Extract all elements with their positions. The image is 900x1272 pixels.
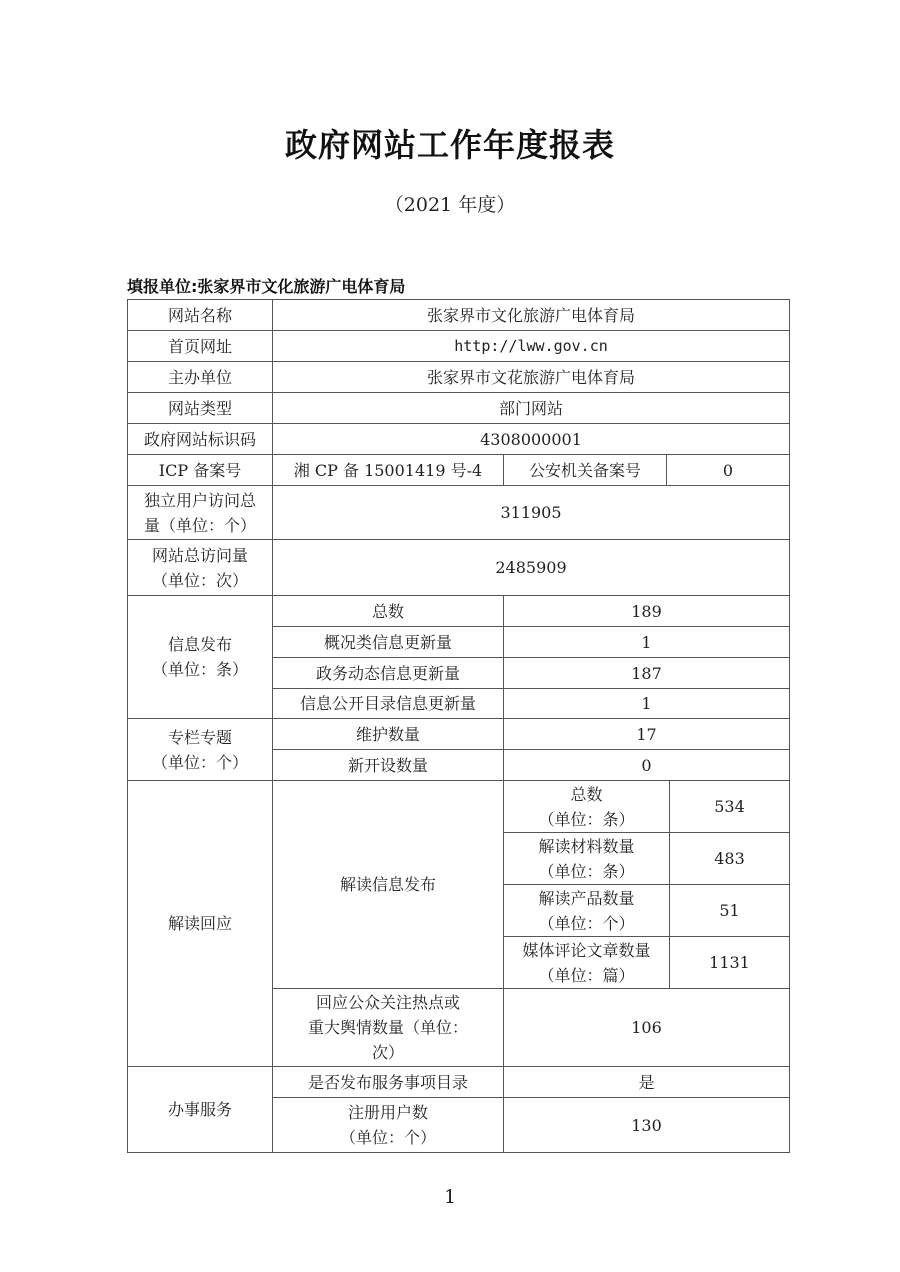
total-visits-label: 网站总访问量 （单位：次） (127, 539, 273, 596)
icp-label: ICP 备案号 (127, 454, 273, 486)
report-title: 政府网站工作年度报表 (0, 120, 900, 166)
interpretation-row-value: 51 (669, 884, 790, 937)
site-type-label: 网站类型 (127, 392, 273, 424)
info-publish-row-value: 189 (503, 595, 790, 627)
interpretation-row-label: 媒体评论文章数量 （单位：篇） (503, 936, 670, 989)
site-name-value: 张家界市文化旅游广电体育局 (272, 299, 790, 331)
columns-row-label: 新开设数量 (272, 749, 504, 781)
site-type-value: 部门网站 (272, 392, 790, 424)
info-publish-row-label: 政务动态信息更新量 (272, 657, 504, 689)
info-publish-row-value: 1 (503, 626, 790, 658)
site-name-label: 网站名称 (127, 299, 273, 331)
site-code-label: 政府网站标识码 (127, 423, 273, 455)
info-publish-row-label: 信息公开目录信息更新量 (272, 688, 504, 719)
homepage-label: 首页网址 (127, 330, 273, 362)
columns-label: 专栏专题 （单位：个） (127, 718, 273, 781)
sponsor-value: 张家界市文花旅游广电体育局 (272, 361, 790, 393)
interpretation-row-label: 解读材料数量 （单位：条） (503, 832, 670, 885)
sponsor-label: 主办单位 (127, 361, 273, 393)
interpretation-row-value: 534 (669, 780, 790, 833)
info-publish-row-value: 187 (503, 657, 790, 689)
police-value: 0 (666, 454, 790, 486)
reporting-unit: 填报单位:张家界市文化旅游广电体育局 (127, 274, 405, 297)
response-label: 回应公众关注热点或 重大舆情数量（单位： 次） (272, 988, 504, 1067)
columns-row-value: 0 (503, 749, 790, 781)
page-number: 1 (0, 1186, 900, 1208)
unique-users-value: 311905 (272, 485, 790, 540)
columns-row-value: 17 (503, 718, 790, 750)
columns-row-label: 维护数量 (272, 718, 504, 750)
services-row-label: 是否发布服务事项目录 (272, 1066, 504, 1098)
info-publish-row-label: 总数 (272, 595, 504, 627)
total-visits-value: 2485909 (272, 539, 790, 596)
interpretation-row-label: 总数 （单位：条） (503, 780, 670, 833)
info-publish-label: 信息发布 （单位：条） (127, 595, 273, 719)
interpretation-row-value: 483 (669, 832, 790, 885)
info-publish-row-label: 概况类信息更新量 (272, 626, 504, 658)
homepage-value: http://lww.gov.cn (272, 330, 790, 362)
site-code-value: 4308000001 (272, 423, 790, 455)
services-row-value: 是 (503, 1066, 790, 1098)
interpretation-row-value: 1131 (669, 936, 790, 989)
interpretation-label: 解读回应 (127, 780, 273, 1067)
services-label: 办事服务 (127, 1066, 273, 1153)
response-value: 106 (503, 988, 790, 1067)
interpretation-sub-label: 解读信息发布 (272, 780, 504, 989)
services-row-value: 130 (503, 1097, 790, 1153)
report-year: （2021 年度） (0, 190, 900, 217)
icp-value: 湘 CP 备 15001419 号-4 (272, 454, 504, 486)
police-label: 公安机关备案号 (503, 454, 667, 486)
info-publish-row-value: 1 (503, 688, 790, 719)
services-row-label: 注册用户数 （单位：个） (272, 1097, 504, 1153)
unique-users-label: 独立用户访问总 量（单位：个） (127, 485, 273, 540)
interpretation-row-label: 解读产品数量 （单位：个） (503, 884, 670, 937)
